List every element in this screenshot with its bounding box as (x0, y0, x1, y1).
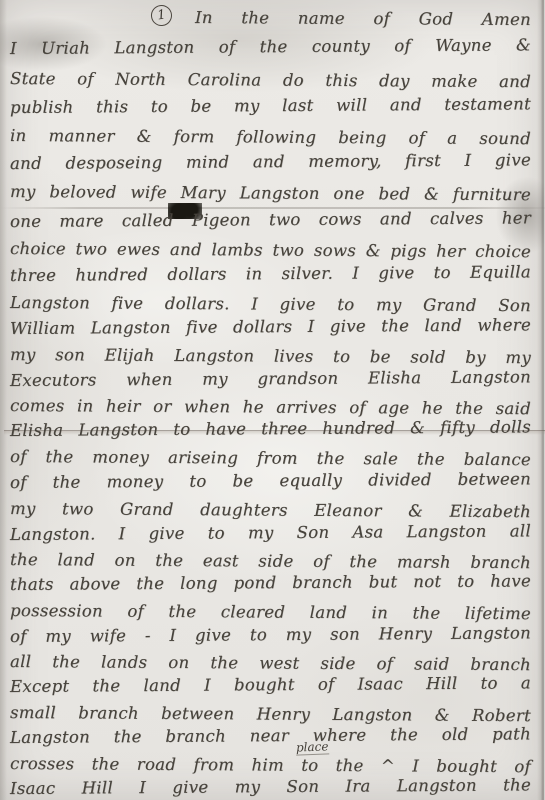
manuscript-line: small branch between Henry Langston & Ro… (10, 703, 531, 726)
manuscript-line: in manner & form following being of a so… (10, 126, 531, 149)
manuscript-line: publish this to be my last will and test… (10, 94, 531, 118)
left-page-edge-shadow (0, 0, 7, 800)
manuscript-line: the land on the east side of the marsh b… (10, 550, 531, 573)
manuscript-line: my son Elijah Langston lives to be sold … (10, 345, 531, 368)
manuscript-line: Except the land I bought of Isaac Hill t… (10, 673, 531, 697)
manuscript-line: William Langston five dollars I give the… (10, 315, 531, 339)
manuscript-line: State of North Carolina do this day make… (10, 69, 531, 92)
manuscript-line: my two Grand daughters Eleanor & Elizabe… (10, 499, 531, 522)
manuscript-line: three hundred dollars in silver. I give … (10, 262, 531, 286)
inserted-word-place: place (296, 739, 329, 755)
manuscript-line: of the money to be equally divided betwe… (10, 469, 531, 493)
right-page-edge-shadow (537, 0, 545, 800)
manuscript-line: comes in heir or when he arrives of age … (10, 396, 531, 419)
manuscript-line: Langston the branch near where the old p… (10, 724, 531, 748)
manuscript-line: I Uriah Langston of the county of Wayne … (10, 35, 531, 59)
manuscript-line: Elisha Langston to have three hundred & … (10, 417, 531, 441)
manuscript-line: all the lands on the west side of said b… (10, 652, 531, 675)
manuscript-line: choice two ewes and lambs two sows & pig… (10, 239, 531, 262)
manuscript-line: possession of the cleared land in the li… (10, 601, 531, 624)
manuscript-line: of my wife - I give to my son Henry Lang… (10, 623, 531, 647)
manuscript-line: Isaac Hill I give my Son Ira Langston th… (10, 775, 531, 799)
manuscript-line: In the name of God Amen (195, 8, 531, 30)
manuscript-line: and desposeing mind and memory, first I … (10, 150, 531, 174)
manuscript-line: crosses the road from him to the ^ I bou… (10, 754, 531, 777)
manuscript-line: Langston five dollars. I give to my Gran… (10, 293, 531, 316)
manuscript-line: Langston. I give to my Son Asa Langston … (10, 521, 531, 545)
manuscript-line: of the money ariseing from the sale the … (10, 447, 531, 470)
page-number-circled: 1 (150, 4, 174, 28)
manuscript-line: my beloved wife Mary Langston one bed & … (10, 182, 531, 205)
manuscript-line: one mare called Pigeon two cows and calv… (10, 208, 531, 232)
manuscript-line: Executors when my grandson Elisha Langst… (10, 367, 531, 391)
manuscript-page: 1 In the name of God Amen I Uriah Langst… (0, 0, 545, 800)
manuscript-line: thats above the long pond branch but not… (10, 571, 531, 595)
